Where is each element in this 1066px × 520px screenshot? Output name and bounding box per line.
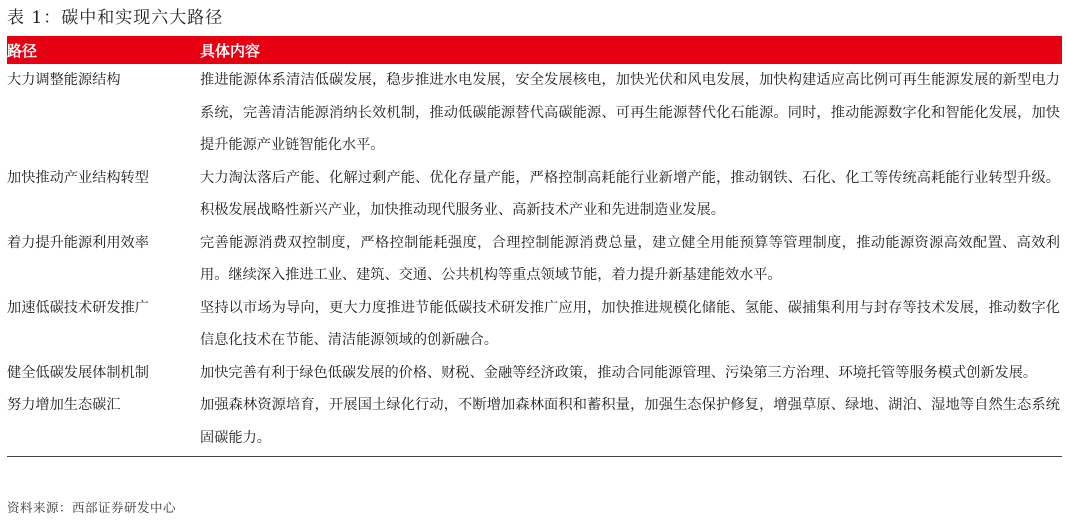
source-note: 资料来源：西部证券研发中心 bbox=[7, 498, 176, 516]
row-content: 推进能源体系清洁低碳发展，稳步推进水电发展，安全发展核电，加快光伏和风电发展，加… bbox=[200, 64, 1062, 162]
row-path: 大力调整能源结构 bbox=[7, 64, 200, 162]
table-bottom-rule bbox=[7, 456, 1062, 457]
header-path: 路径 bbox=[7, 40, 200, 61]
header-content: 具体内容 bbox=[200, 40, 1062, 61]
carbon-neutral-paths-table: 路径 具体内容 大力调整能源结构 推进能源体系清洁低碳发展，稳步推进水电发展，安… bbox=[7, 36, 1062, 457]
row-content: 加强森林资源培育，开展国土绿化行动，不断增加森林面积和蓄积量，加强生态保护修复，… bbox=[200, 389, 1062, 454]
table-header: 路径 具体内容 bbox=[7, 36, 1062, 64]
row-path: 加快推动产业结构转型 bbox=[7, 162, 200, 227]
table-row: 加快推动产业结构转型 大力淘汰落后产能、化解过剩产能、优化存量产能，严格控制高耗… bbox=[7, 162, 1062, 227]
table-row: 加速低碳技术研发推广 坚持以市场为导向，更大力度推进节能低碳技术研发推广应用，加… bbox=[7, 292, 1062, 357]
table-row: 努力增加生态碳汇 加强森林资源培育，开展国土绿化行动，不断增加森林面积和蓄积量，… bbox=[7, 389, 1062, 454]
row-path: 着力提升能源利用效率 bbox=[7, 227, 200, 292]
row-path: 加速低碳技术研发推广 bbox=[7, 292, 200, 357]
row-content: 完善能源消费双控制度，严格控制能耗强度，合理控制能源消费总量，建立健全用能预算等… bbox=[200, 227, 1062, 292]
row-content: 加快完善有利于绿色低碳发展的价格、财税、金融等经济政策，推动合同能源管理、污染第… bbox=[200, 357, 1062, 390]
row-path: 努力增加生态碳汇 bbox=[7, 389, 200, 454]
row-content: 大力淘汰落后产能、化解过剩产能、优化存量产能，严格控制高耗能行业新增产能，推动钢… bbox=[200, 162, 1062, 227]
table-row: 着力提升能源利用效率 完善能源消费双控制度，严格控制能耗强度，合理控制能源消费总… bbox=[7, 227, 1062, 292]
row-path: 健全低碳发展体制机制 bbox=[7, 357, 200, 390]
table-caption: 表 1：碳中和实现六大路径 bbox=[7, 6, 223, 30]
table-row: 健全低碳发展体制机制 加快完善有利于绿色低碳发展的价格、财税、金融等经济政策，推… bbox=[7, 357, 1062, 390]
table-row: 大力调整能源结构 推进能源体系清洁低碳发展，稳步推进水电发展，安全发展核电，加快… bbox=[7, 64, 1062, 162]
row-content: 坚持以市场为导向，更大力度推进节能低碳技术研发推广应用，加快推进规模化储能、氢能… bbox=[200, 292, 1062, 357]
